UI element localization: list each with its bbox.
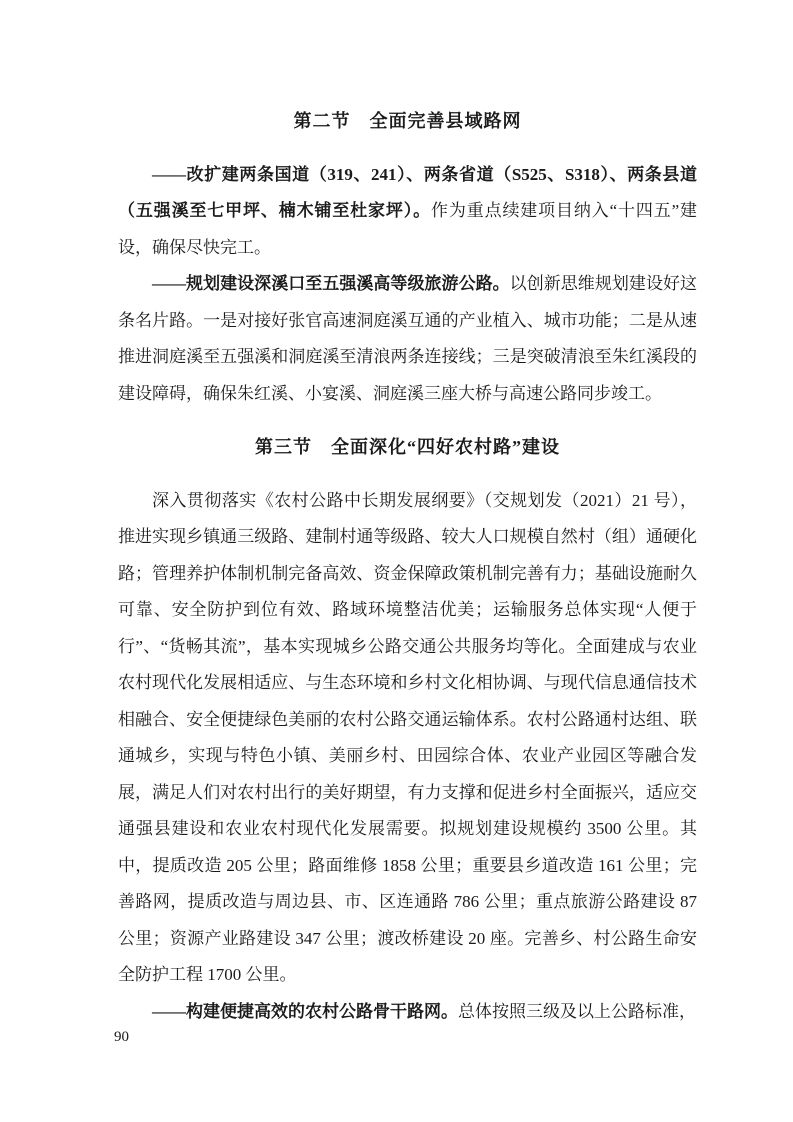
section-heading-2: 第二节 全面完善县域路网	[118, 103, 697, 140]
paragraph-backbone-network: ——构建便捷高效的农村公路骨干路网。总体按照三级及以上公路标准，	[118, 994, 697, 1031]
paragraph-tourism-road: ——规划建设深溪口至五强溪高等级旅游公路。以创新思维规划建设好这条名片路。一是对…	[118, 266, 697, 412]
paragraph-lead: ——规划建设深溪口至五强溪高等级旅游公路。	[152, 274, 510, 293]
paragraph-body: 深入贯彻落实《农村公路中长期发展纲要》（交规划发（2021）21 号），推进实现…	[118, 491, 697, 985]
paragraph-body: 以创新思维规划建设好这条名片路。一是对接好张官高速洞庭溪互通的产业植入、城市功能…	[118, 274, 697, 403]
page-content: 第二节 全面完善县域路网 ——改扩建两条国道（319、241）、两条省道（S52…	[118, 103, 697, 1030]
page-number: 90	[114, 1026, 129, 1048]
section-heading-3: 第三节 全面深化“四好农村路”建设	[118, 429, 697, 466]
paragraph-rural-road-plan: 深入贯彻落实《农村公路中长期发展纲要》（交规划发（2021）21 号），推进实现…	[118, 483, 697, 994]
paragraph-body: 总体按照三级及以上公路标准，	[458, 1002, 696, 1021]
document-page: 第二节 全面完善县域路网 ——改扩建两条国道（319、241）、两条省道（S52…	[0, 0, 793, 1122]
paragraph-guodao-shengdao: ——改扩建两条国道（319、241）、两条省道（S525、S318）、两条县道（…	[118, 157, 697, 267]
paragraph-lead: ——构建便捷高效的农村公路骨干路网。	[152, 1002, 458, 1021]
